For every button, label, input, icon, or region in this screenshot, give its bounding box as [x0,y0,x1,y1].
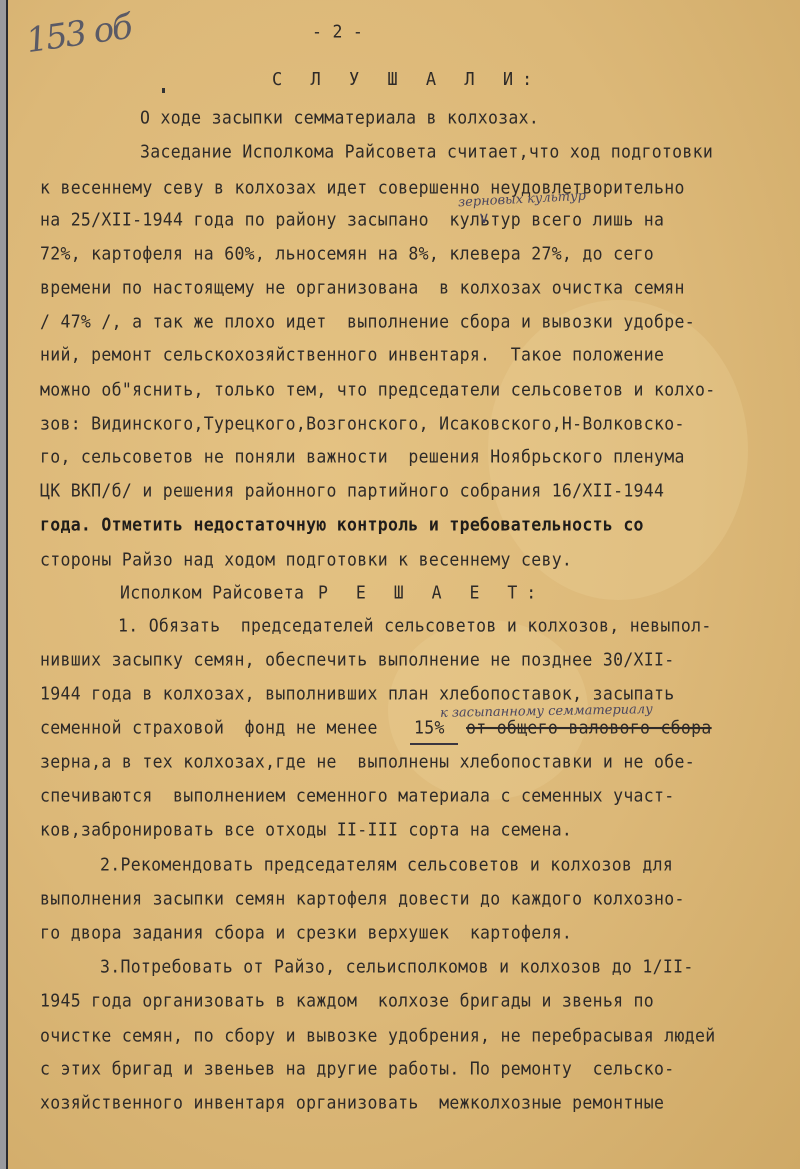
ink-dot [162,88,165,93]
body-line: стороны Райзо над ходом подготовки к вес… [40,550,572,570]
body-line: Заседание Исполкома Райсовета считает,чт… [140,142,713,162]
item3-line: 3.Потребовать от Райзо, сельисполкомов и… [100,957,694,977]
page-number: - 2 - [312,22,363,42]
body-line: можно об"яснить, только тем, что председ… [40,380,715,400]
item2-line: 2.Рекомендовать председателям сельсовето… [100,855,673,875]
body-line: ЦК ВКП/б/ и решения районного партийного… [40,481,664,501]
body-line: на 25/XII-1944 года по району засыпано к… [40,210,664,230]
item1-line: ков,забронировать все отходы II-III сорт… [40,820,572,840]
item3-line: с этих бригад и звеньев на другие работы… [40,1059,675,1079]
item2-line: го двора задания сбора и срезки верхушек… [40,923,572,943]
item3-line: 1945 года организовать в каждом колхозе … [40,991,654,1011]
topic-line: О ходе засыпки семматериала в колхозах. [140,108,539,128]
body-line: / 47% /, а так же плохо идет выполнение … [40,312,695,332]
item1-line: 1944 года в колхозах, выполнивших план х… [40,684,675,704]
body-line: времени по настоящему не организована в … [40,278,685,298]
decision-word: Р Е Ш А Е Т: [318,583,545,603]
item1-line: зерна,а в тех колхозах,где не выполнены … [40,752,695,772]
item2-line: выполнения засыпки семян картофеля довес… [40,889,685,909]
item3-line: хозяйственного инвентаря организовать ме… [40,1093,664,1113]
decision-intro: Исполком Райсовета [120,583,304,603]
item1-line: семенной страховой фонд не менее [40,718,378,738]
body-line: го, сельсоветов не поняли важности решен… [40,447,685,467]
item1-line: 1. Обязать председателей сельсоветов и к… [118,616,712,636]
item1-line: нивших засыпку семян, обеспечить выполне… [40,650,675,670]
body-line: 72%, картофеля на 60%, льносемян на 8%, … [40,244,654,264]
body-line: ний, ремонт сельскохозяйственного инвент… [40,345,664,365]
item3-line: очистке семян, по сбору и вывозке удобре… [40,1026,715,1046]
body-line: к весеннему севу в колхозах идет соверше… [40,178,685,198]
insertion-mark: ∨ [478,208,490,227]
section-heading: С Л У Ш А Л И: [272,70,541,91]
body-line: года. Отметить недостаточную контроль и … [40,515,644,535]
struck-text: от общего валового сбора [466,718,712,738]
item1-line: спечиваются выполнением семенного матери… [40,786,675,806]
body-line: зов: Видинского,Турецкого,Возгонского, И… [40,414,685,434]
percent-underline [410,743,458,745]
